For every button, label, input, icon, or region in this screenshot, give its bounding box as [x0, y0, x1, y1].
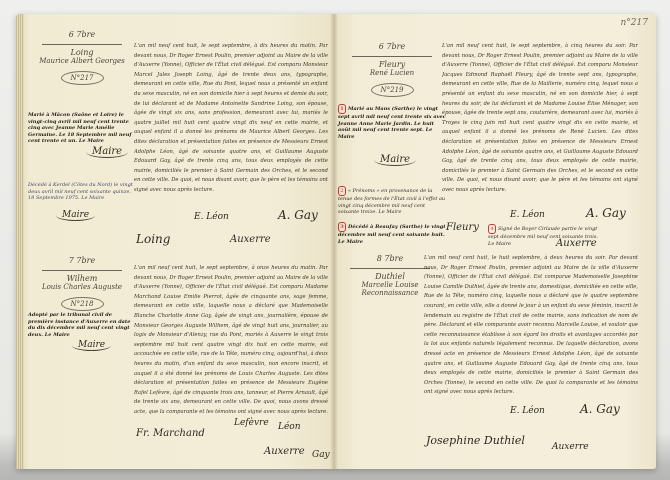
entry-surname: Wilhem: [30, 274, 134, 283]
folio-number: n°217: [621, 18, 648, 28]
annotation-text: « Prénoms » en provenance de la tenue de…: [338, 188, 445, 215]
red-marker-icon: 3: [338, 222, 346, 232]
declarant-signature: Fr. Marchand: [136, 428, 205, 439]
declarant-signature: Fleury: [446, 222, 479, 233]
act-body-218: L'an mil neuf cent huit, le sept septemb…: [134, 264, 328, 424]
officer-signature: Auxerre: [556, 238, 597, 249]
witness-signature: Gay: [312, 450, 330, 460]
open-register-book: 6 7bre Loing Maurice Albert Georges N°21…: [16, 14, 656, 469]
witness-signature: Lefèvre: [234, 418, 269, 428]
witness-signature: E. Léon: [194, 212, 229, 222]
act-text: L'an mil neuf cent huit, le sept septemb…: [442, 42, 638, 196]
entry-given-names: René Lucien: [340, 69, 444, 77]
mayor-signature: Maire: [56, 210, 95, 220]
note-annotation: 2« Prénoms » en provenance de la tenue d…: [338, 186, 446, 216]
adoption-annotation: Adopté par le tribunal civil de première…: [28, 312, 136, 338]
right-page: n°217 6 7bre Fleury René Lucien N°219 1M…: [334, 14, 656, 469]
act-text: L'an mil neuf cent huit, le sept septemb…: [134, 264, 328, 418]
annotation-text: Marié au Mans (Sarthe) le vingt sept avr…: [338, 106, 446, 140]
margin-entry-218: 7 7bre Wilhem Louis Charles Auguste N°21…: [30, 256, 134, 311]
divider: [352, 56, 432, 57]
red-marker-icon: 1: [338, 104, 346, 114]
witness-signature: A. Gay: [278, 208, 318, 222]
witness-signature: E. Léon: [510, 406, 545, 416]
act-body-217: L'an mil neuf cent huit, le sept septemb…: [134, 42, 328, 228]
entry-surname: Loing: [30, 48, 134, 57]
divider: [350, 268, 430, 269]
divider: [42, 44, 122, 45]
annotation-text: Décédé à Beaufay (Sarthe) le vingt décem…: [338, 224, 446, 245]
witness-signature: E. Léon: [510, 210, 545, 220]
act-text: L'an mil neuf cent huit, le sept septemb…: [134, 42, 328, 196]
declarant-signature: Loing: [136, 232, 170, 246]
marriage-annotation: 1Marié au Mans (Sarthe) le vingt sept av…: [338, 104, 446, 140]
act-body-duthiel: L'an mil neuf cent huit, le huit septemb…: [424, 254, 638, 404]
margin-entry-217: 6 7bre Loing Maurice Albert Georges N°21…: [30, 30, 134, 85]
red-marker-icon: 2: [338, 186, 346, 196]
declarant-signature: Josephine Duthiel: [426, 434, 525, 447]
left-page: 6 7bre Loing Maurice Albert Georges N°21…: [16, 14, 334, 469]
entry-date: 7 7bre: [30, 256, 134, 265]
officer-signature: Auxerre: [552, 442, 589, 452]
witness-signature: A. Gay: [580, 402, 620, 416]
marriage-annotation: Marié à Mâcon (Saône et Loire) le vingt-…: [28, 112, 136, 145]
mayor-signature: Maire: [86, 146, 128, 157]
entry-given-names: Louis Charles Auguste: [30, 283, 134, 291]
death-annotation: Décédé à Kerdel (Côtes du Nord) le vingt…: [28, 182, 136, 202]
act-body-219: L'an mil neuf cent huit, le sept septemb…: [442, 42, 638, 208]
entry-surname: Fleury: [340, 60, 444, 69]
entry-date: 6 7bre: [30, 30, 134, 39]
margin-entry-219: 6 7bre Fleury René Lucien N°219: [340, 42, 444, 97]
death-annotation: 3Décédé à Beaufay (Sarthe) le vingt déce…: [338, 222, 446, 245]
red-marker-icon: 4: [488, 224, 496, 234]
act-number: N°219: [371, 83, 414, 97]
book-gutter: [330, 14, 338, 469]
page-edges: [16, 14, 24, 469]
mayor-signature: Maire: [72, 340, 111, 350]
mayor-signature: Maire: [374, 154, 416, 165]
act-number: N°218: [61, 297, 104, 311]
witness-signature: Léon: [278, 422, 301, 432]
officer-signature: Auxerre: [230, 234, 271, 245]
act-number: N°217: [61, 71, 104, 85]
entry-given-names: Maurice Albert Georges: [30, 57, 134, 65]
witness-signature: A. Gay: [586, 206, 626, 220]
act-text: L'an mil neuf cent huit, le huit septemb…: [424, 254, 638, 398]
entry-date: 6 7bre: [340, 42, 444, 51]
divider: [42, 270, 122, 271]
officer-signature: Auxerre: [264, 446, 305, 457]
